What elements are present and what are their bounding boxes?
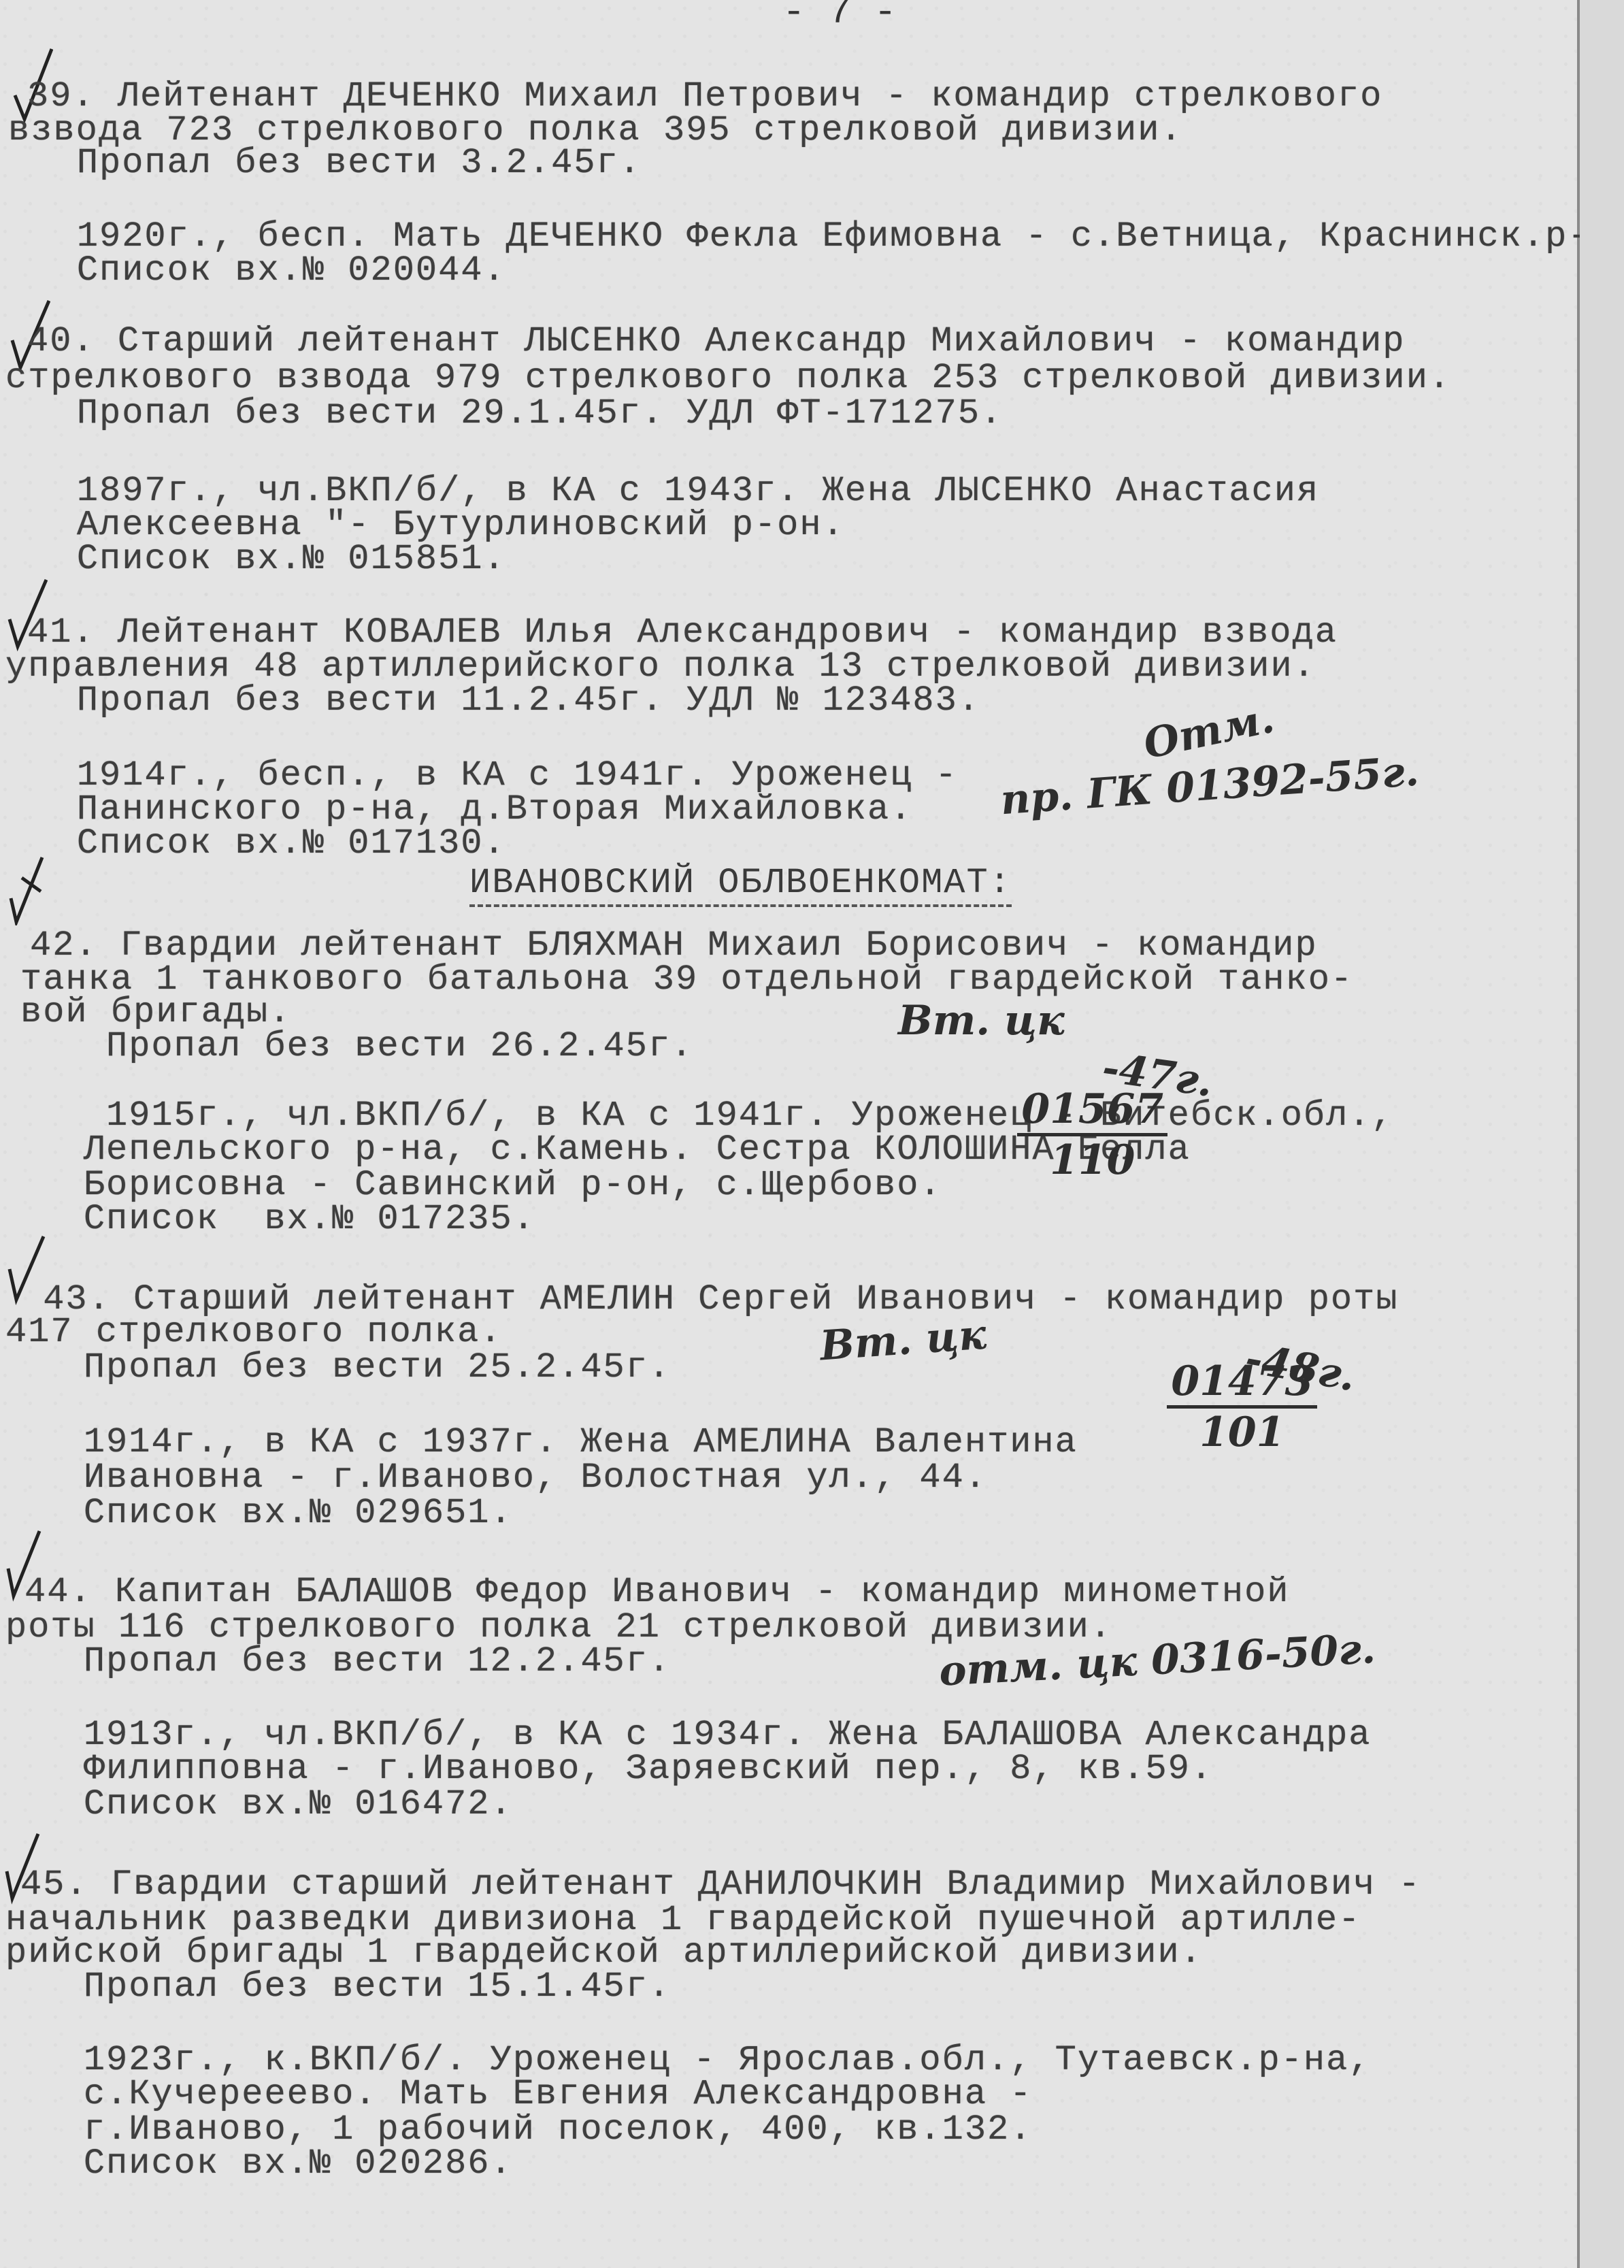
handwritten-annotation: пр. ГК 01392-55г.: [999, 748, 1420, 825]
entry-line: Список вх.№ 017235.: [0, 1199, 535, 1240]
entry-line: Филипповна - г.Иваново, Заряевский пер.,…: [0, 1749, 1213, 1790]
entry-line: Список вх.№ 016472.: [0, 1784, 513, 1825]
entry-line: 45. Гвардии старший лейтенант ДАНИЛОЧКИН…: [20, 1864, 1421, 1905]
entry-line: с.Кучерееево. Мать Евгения Александровна…: [0, 2074, 1032, 2115]
fraction-denominator: 101: [1167, 1409, 1317, 1456]
entry-line: Список вх.№ 020286.: [0, 2143, 513, 2184]
entry-line: Список вх.№ 029651.: [0, 1493, 513, 1534]
entry-line: 40. Старший лейтенант ЛЫСЕНКО Александр …: [27, 321, 1406, 362]
entry-line: Пропал без вести 26.2.45г.: [0, 1026, 693, 1067]
document-page: - 7 - 39. Лейтенант ДЕЧЕНКО Михаил Петро…: [0, 0, 1580, 2268]
entry-line: Пропал без вести 15.1.45г.: [0, 1967, 671, 2007]
entry-line: 1914г., в КА с 1937г. Жена АМЕЛИНА Вален…: [0, 1422, 1078, 1463]
entry-line: 44. Капитан БАЛАШОВ Федор Иванович - ком…: [24, 1572, 1289, 1613]
entry-line: Пропал без вести 29.1.45г. УДЛ ФТ-171275…: [0, 393, 1003, 434]
entry-line: Пропал без вести 12.2.45г.: [0, 1641, 671, 1682]
entry-line: Пропал без вести 11.2.45г. УДЛ № 123483.: [0, 680, 980, 721]
handwritten-annotation: Отм.: [1140, 695, 1278, 769]
page-number: - 7 -: [782, 0, 897, 34]
entry-line: Ивановна - г.Иваново, Волостная ул., 44.: [0, 1458, 987, 1498]
entry-line: стрелкового взвода 979 стрелкового полка…: [5, 358, 1451, 399]
section-heading: ИВАНОВСКИЙ ОБЛВОЕНКОМАТ:: [469, 863, 1012, 907]
entry-line: Список вх.№ 020044.: [0, 250, 506, 291]
entry-line: Пропал без вести 3.2.45г.: [0, 143, 642, 184]
entry-line: 417 стрелкового полка.: [5, 1312, 503, 1353]
fraction-denominator: 110: [1017, 1136, 1167, 1184]
handwritten-fraction: 01473101: [1082, 1310, 1317, 1504]
page-edge: [1580, 0, 1624, 2268]
entry-line: Пропал без вести 25.2.45г.: [0, 1347, 671, 1388]
checkmark-icon: [8, 851, 49, 925]
entry-line: Список вх.№ 015851.: [0, 539, 506, 580]
entry-line: Список вх.№ 017130.: [0, 823, 506, 864]
